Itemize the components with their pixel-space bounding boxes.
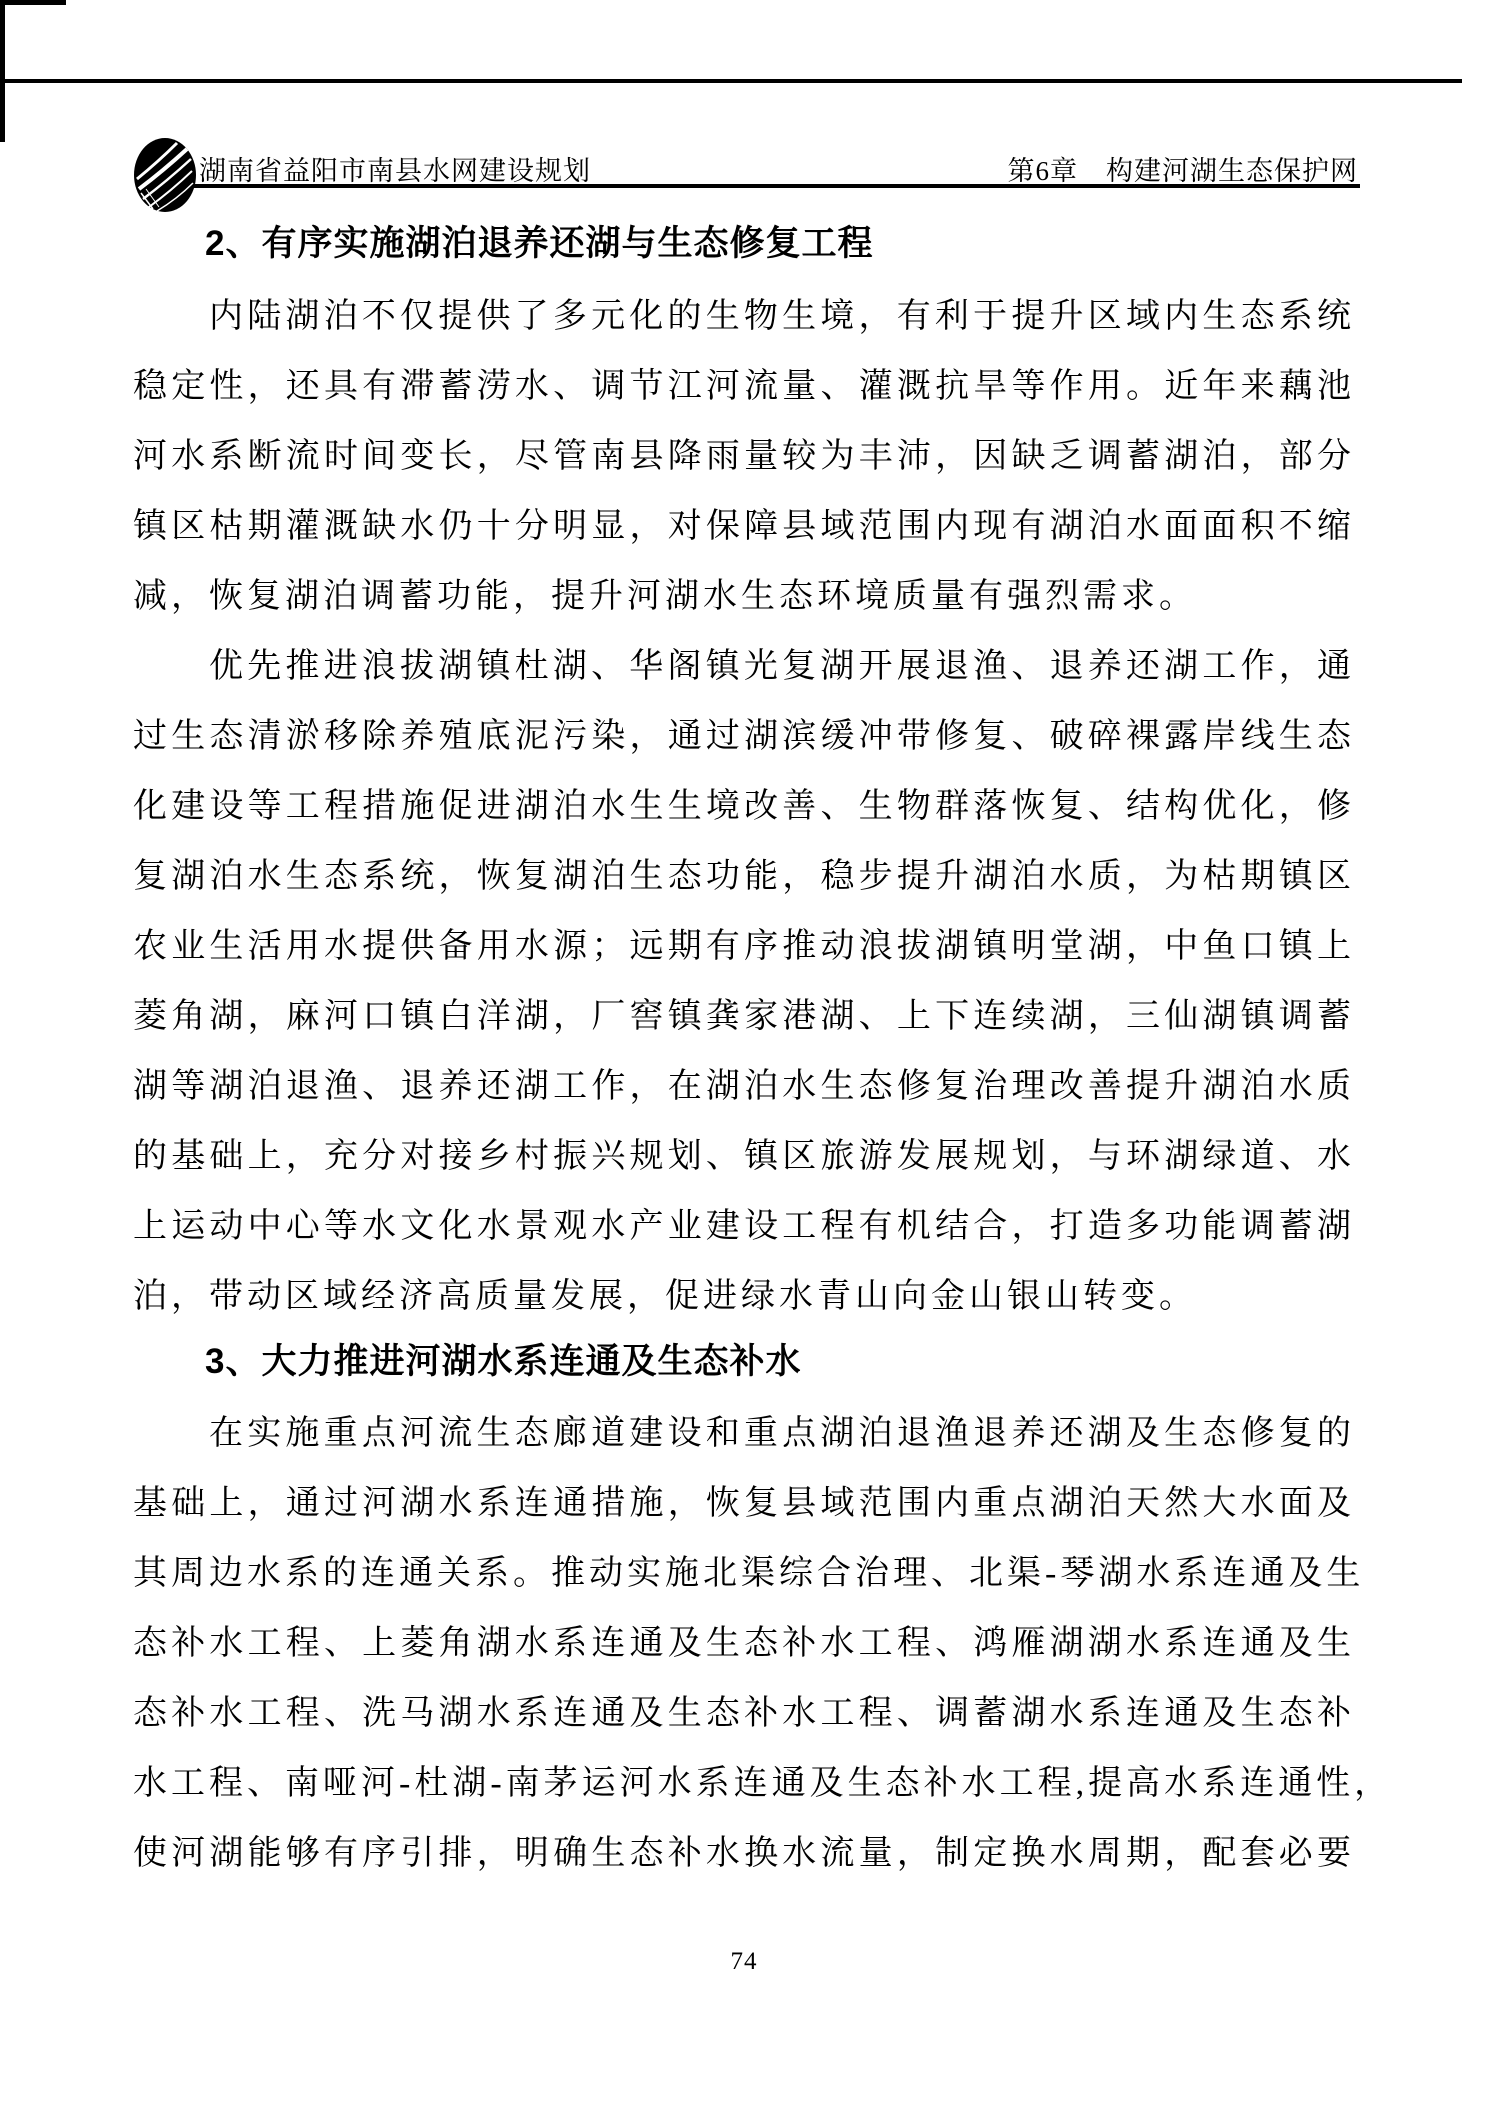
paragraph-line: 使河湖能够有序引排，明确生态补水换水流量，制定换水周期，配套必要 bbox=[133, 1819, 1355, 1889]
paragraph-line: 在实施重点河流生态廊道建设和重点湖泊退渔退养还湖及生态修复的 bbox=[133, 1399, 1355, 1469]
paragraph-line: 菱角湖，麻河口镇白洋湖，厂窖镇龚家港湖、上下连续湖，三仙湖镇调蓄 bbox=[133, 982, 1355, 1052]
paragraph-line: 泊，带动区域经济高质量发展，促进绿水青山向金山银山转变。 bbox=[133, 1262, 1355, 1332]
paragraph-line: 稳定性，还具有滞蓄涝水、调节江河流量、灌溉抗旱等作用。近年来藕池 bbox=[133, 352, 1355, 422]
paragraph-1: 内陆湖泊不仅提供了多元化的生物生境，有利于提升区域内生态系统 稳定性，还具有滞蓄… bbox=[133, 282, 1355, 632]
paragraph-line: 镇区枯期灌溉缺水仍十分明显，对保障县域范围内现有湖泊水面面积不缩 bbox=[133, 492, 1355, 562]
paragraph-line: 其周边水系的连通关系。推动实施北渠综合治理、北渠-琴湖水系连通及生 bbox=[133, 1539, 1355, 1609]
paragraph-line: 农业生活用水提供备用水源；远期有序推动浪拔湖镇明堂湖，中鱼口镇上 bbox=[133, 912, 1355, 982]
paragraph-line: 化建设等工程措施促进湖泊水生生境改善、生物群落恢复、结构优化，修 bbox=[133, 772, 1355, 842]
scan-artifact-top bbox=[0, 0, 66, 5]
header-right-title: 第6章 构建河湖生态保护网 bbox=[1008, 149, 1359, 188]
paragraph-line: 复湖泊水生态系统，恢复湖泊生态功能，稳步提升湖泊水质，为枯期镇区 bbox=[133, 842, 1355, 912]
paragraph-line: 上运动中心等水文化水景观水产业建设工程有机结合，打造多功能调蓄湖 bbox=[133, 1192, 1355, 1262]
paragraph-line: 态补水工程、洗马湖水系连通及生态补水工程、调蓄湖水系连通及生态补 bbox=[133, 1679, 1355, 1749]
document-page: 湖南省益阳市南县水网建设规划 第6章 构建河湖生态保护网 2、有序实施湖泊退养还… bbox=[0, 0, 1488, 2104]
paragraph-line: 内陆湖泊不仅提供了多元化的生物生境，有利于提升区域内生态系统 bbox=[133, 282, 1355, 352]
paragraph-line: 态补水工程、上菱角湖水系连通及生态补水工程、鸿雁湖湖水系连通及生 bbox=[133, 1609, 1355, 1679]
paragraph-3: 在实施重点河流生态廊道建设和重点湖泊退渔退养还湖及生态修复的 基础上，通过河湖水… bbox=[133, 1399, 1355, 1889]
paragraph-line: 的基础上，充分对接乡村振兴规划、镇区旅游发展规划，与环湖绿道、水 bbox=[133, 1122, 1355, 1192]
scan-artifact-left bbox=[0, 0, 5, 142]
header-left-title: 湖南省益阳市南县水网建设规划 bbox=[199, 149, 591, 188]
paragraph-line: 河水系断流时间变长，尽管南县降雨量较为丰沛，因缺乏调蓄湖泊，部分 bbox=[133, 422, 1355, 492]
paragraph-line: 基础上，通过河湖水系连通措施，恢复县域范围内重点湖泊天然大水面及 bbox=[133, 1469, 1355, 1539]
paragraph-2: 优先推进浪拔湖镇杜湖、华阁镇光复湖开展退渔、退养还湖工作，通 过生态清淤移除养殖… bbox=[133, 632, 1355, 1332]
scan-artifact-line bbox=[0, 79, 1462, 83]
section-2-heading: 2、有序实施湖泊退养还湖与生态修复工程 bbox=[133, 222, 1355, 266]
paragraph-line: 湖等湖泊退渔、退养还湖工作，在湖泊水生态修复治理改善提升湖泊水质 bbox=[133, 1052, 1355, 1122]
page-number: 74 bbox=[0, 1948, 1488, 1976]
paragraph-line: 优先推进浪拔湖镇杜湖、华阁镇光复湖开展退渔、退养还湖工作，通 bbox=[133, 632, 1355, 702]
paragraph-line: 水工程、南哑河-杜湖-南茅运河水系连通及生态补水工程,提高水系连通性， bbox=[133, 1749, 1355, 1819]
page-body: 2、有序实施湖泊退养还湖与生态修复工程 内陆湖泊不仅提供了多元化的生物生境，有利… bbox=[133, 190, 1355, 1889]
paragraph-line: 过生态清淤移除养殖底泥污染，通过湖滨缓冲带修复、破碎裸露岸线生态 bbox=[133, 702, 1355, 772]
paragraph-line: 减，恢复湖泊调蓄功能，提升河湖水生态环境质量有强烈需求。 bbox=[133, 562, 1355, 632]
section-3-heading: 3、大力推进河湖水系连通及生态补水 bbox=[133, 1340, 1355, 1384]
